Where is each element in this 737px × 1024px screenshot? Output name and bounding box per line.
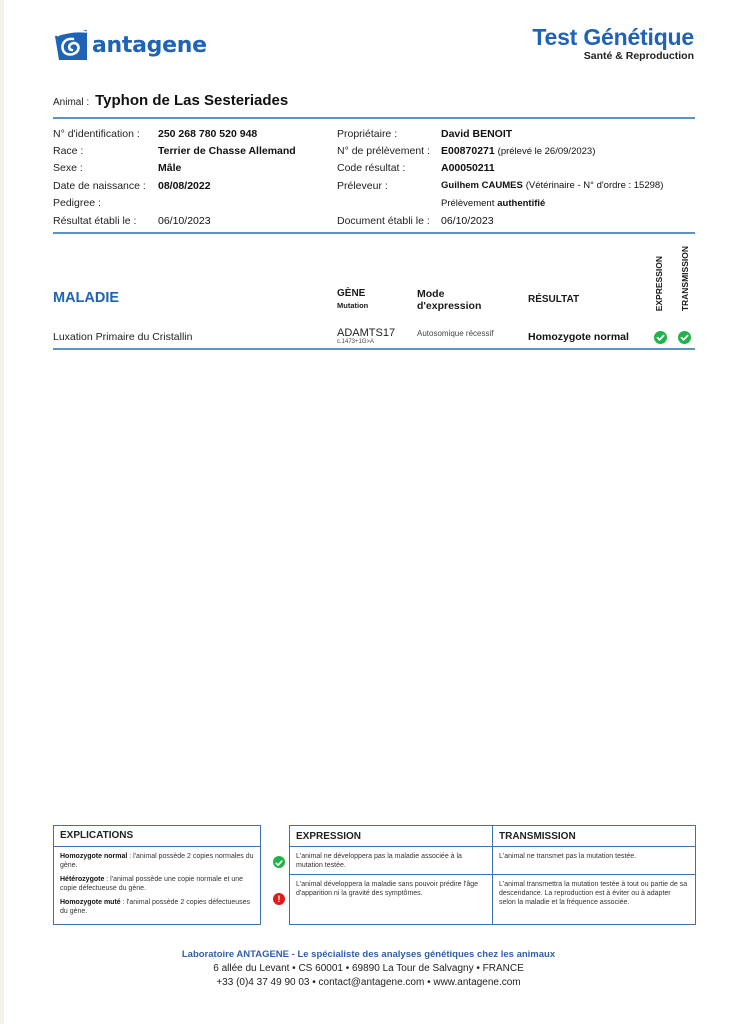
info-label: Race : [53,145,158,157]
info-label: N° d'identification : [53,128,158,140]
info-value: 06/10/2023 [158,215,211,227]
info-row-pedigree: Pedigree : [53,195,296,212]
info-row-sample: N° de prélèvement : E00870271 (prélevé l… [337,142,663,159]
term: Hétérozygote [60,876,104,883]
info-row-doc-date: Document établi le : 06/10/2023 [337,212,663,229]
collector-note: (Vétérinaire - N° d'ordre : 15298) [526,180,664,191]
divider [53,348,695,350]
document-title-block: Test Génétique Santé & Reproduction [532,24,694,62]
legend-expression-alert: L'animal développera la maladie sans pou… [290,875,492,924]
document-title: Test Génétique [532,24,694,50]
mode-header-line1: Mode [417,288,481,300]
info-label: Document établi le : [337,215,441,227]
report-page: antagene Test Génétique Santé & Reproduc… [0,0,737,1024]
legend-expression-title: EXPRESSION [290,826,492,847]
info-row-sex: Sexe : Mâle [53,160,296,177]
auth-status: authentifié [497,198,545,209]
check-circle-icon [678,331,691,344]
info-value: Terrier de Chasse Allemand [158,145,296,157]
check-circle-icon [654,331,667,344]
animal-name: Typhon de Las Sesteriades [95,92,288,109]
explanations-box: EXPLICATIONS Homozygote normal : l'anima… [53,825,261,925]
info-row-authentication: Prélèvement authentifié [337,195,663,212]
mutation-name: c.1473+1G>A [337,339,395,345]
owner-name: David BENOIT [441,128,512,140]
mode-header-line2: d'expression [417,300,481,312]
footer-lab-name: Laboratoire ANTAGENE - Le spécialiste de… [0,948,737,962]
info-label: Sexe : [53,162,158,174]
term: Homozygote muté [60,899,121,906]
divider [53,232,695,234]
explanations-body: Homozygote normal : l'animal possède 2 c… [54,847,260,916]
legend-transmission-ok: L'animal ne transmet pas la mutation tes… [492,847,695,875]
info-row-id: N° d'identification : 250 268 780 520 94… [53,125,296,142]
disease-name: Luxation Primaire du Cristallin [53,331,192,343]
info-label: Propriétaire : [337,128,441,140]
antagene-logo: antagene [53,27,207,63]
result-code: A00050211 [441,162,495,174]
footer: Laboratoire ANTAGENE - Le spécialiste de… [0,948,737,990]
info-row-breed: Race : Terrier de Chasse Allemand [53,142,296,159]
term: Homozygote normal [60,853,127,860]
explanation-item: Hétérozygote : l'animal possède une copi… [60,875,254,893]
animal-label: Animal : [53,97,89,108]
col-header-expression: EXPRESSION [654,256,664,311]
footer-contact: +33 (0)4 37 49 90 03 • contact@antagene.… [0,976,737,990]
info-label: N° de prélèvement : [337,145,441,157]
col-header-transmission: TRANSMISSION [680,246,690,311]
info-row-birthdate: Date de naissance : 08/08/2022 [53,177,296,194]
explanation-item: Homozygote normal : l'animal possède 2 c… [60,852,254,870]
explanations-title: EXPLICATIONS [54,826,260,847]
col-header-gene: GÈNE Mutation [337,288,368,310]
info-row-code: Code résultat : A00050211 [337,160,663,177]
legend-expression-ok: L'animal ne développera pas la maladie a… [290,847,492,875]
doc-date: 06/10/2023 [441,215,494,227]
gene-header-label: GÈNE [337,288,368,299]
antagene-logo-icon [53,28,89,62]
divider [53,117,695,119]
animal-line: Animal : Typhon de Las Sesteriades [53,92,288,109]
info-label: Pedigree : [53,197,158,209]
exclamation-circle-icon: ! [273,893,285,905]
sample-id: E00870271 [441,145,495,157]
info-label: Préleveur : [337,180,441,192]
collector-name: Guilhem CAUMES [441,180,523,191]
legend-transmission-alert: L'animal transmettra la mutation testée … [492,875,695,924]
info-value: 08/08/2022 [158,180,211,192]
info-row-owner: Propriétaire : David BENOIT [337,125,663,142]
info-value: 250 268 780 520 948 [158,128,257,140]
sample-date-note: (prélevé le 26/09/2023) [498,146,596,157]
gene-cell: ADAMTS17 c.1473+1G>A [337,327,395,345]
mutation-header-label: Mutation [337,301,368,310]
col-header-disease: MALADIE [53,290,119,306]
inheritance-mode: Autosomique récessif [417,329,493,338]
explanation-item: Homozygote muté : l'animal possède 2 cop… [60,898,254,916]
legend-box: EXPRESSION TRANSMISSION L'animal ne déve… [289,825,696,925]
check-circle-icon [273,856,285,868]
col-header-result: RÉSULTAT [528,294,579,305]
auth-prefix: Prélèvement [441,198,494,209]
info-label: Date de naissance : [53,180,158,192]
col-header-mode: Mode d'expression [417,288,481,312]
result-value: Homozygote normal [528,331,629,343]
legend-transmission-title: TRANSMISSION [492,826,695,847]
document-subtitle: Santé & Reproduction [532,50,694,62]
gene-name: ADAMTS17 [337,327,395,339]
sample-info: Propriétaire : David BENOIT N° de prélèv… [337,125,663,229]
footer-address: 6 allée du Levant • CS 60001 • 69890 La … [0,962,737,976]
animal-info: N° d'identification : 250 268 780 520 94… [53,125,296,229]
brand-name: antagene [92,33,207,58]
info-value: Mâle [158,162,181,174]
info-row-result-date: Résultat établi le : 06/10/2023 [53,212,296,229]
info-label: Résultat établi le : [53,215,158,227]
info-label: Code résultat : [337,162,441,174]
info-row-collector: Préleveur : Guilhem CAUMES (Vétérinaire … [337,177,663,194]
